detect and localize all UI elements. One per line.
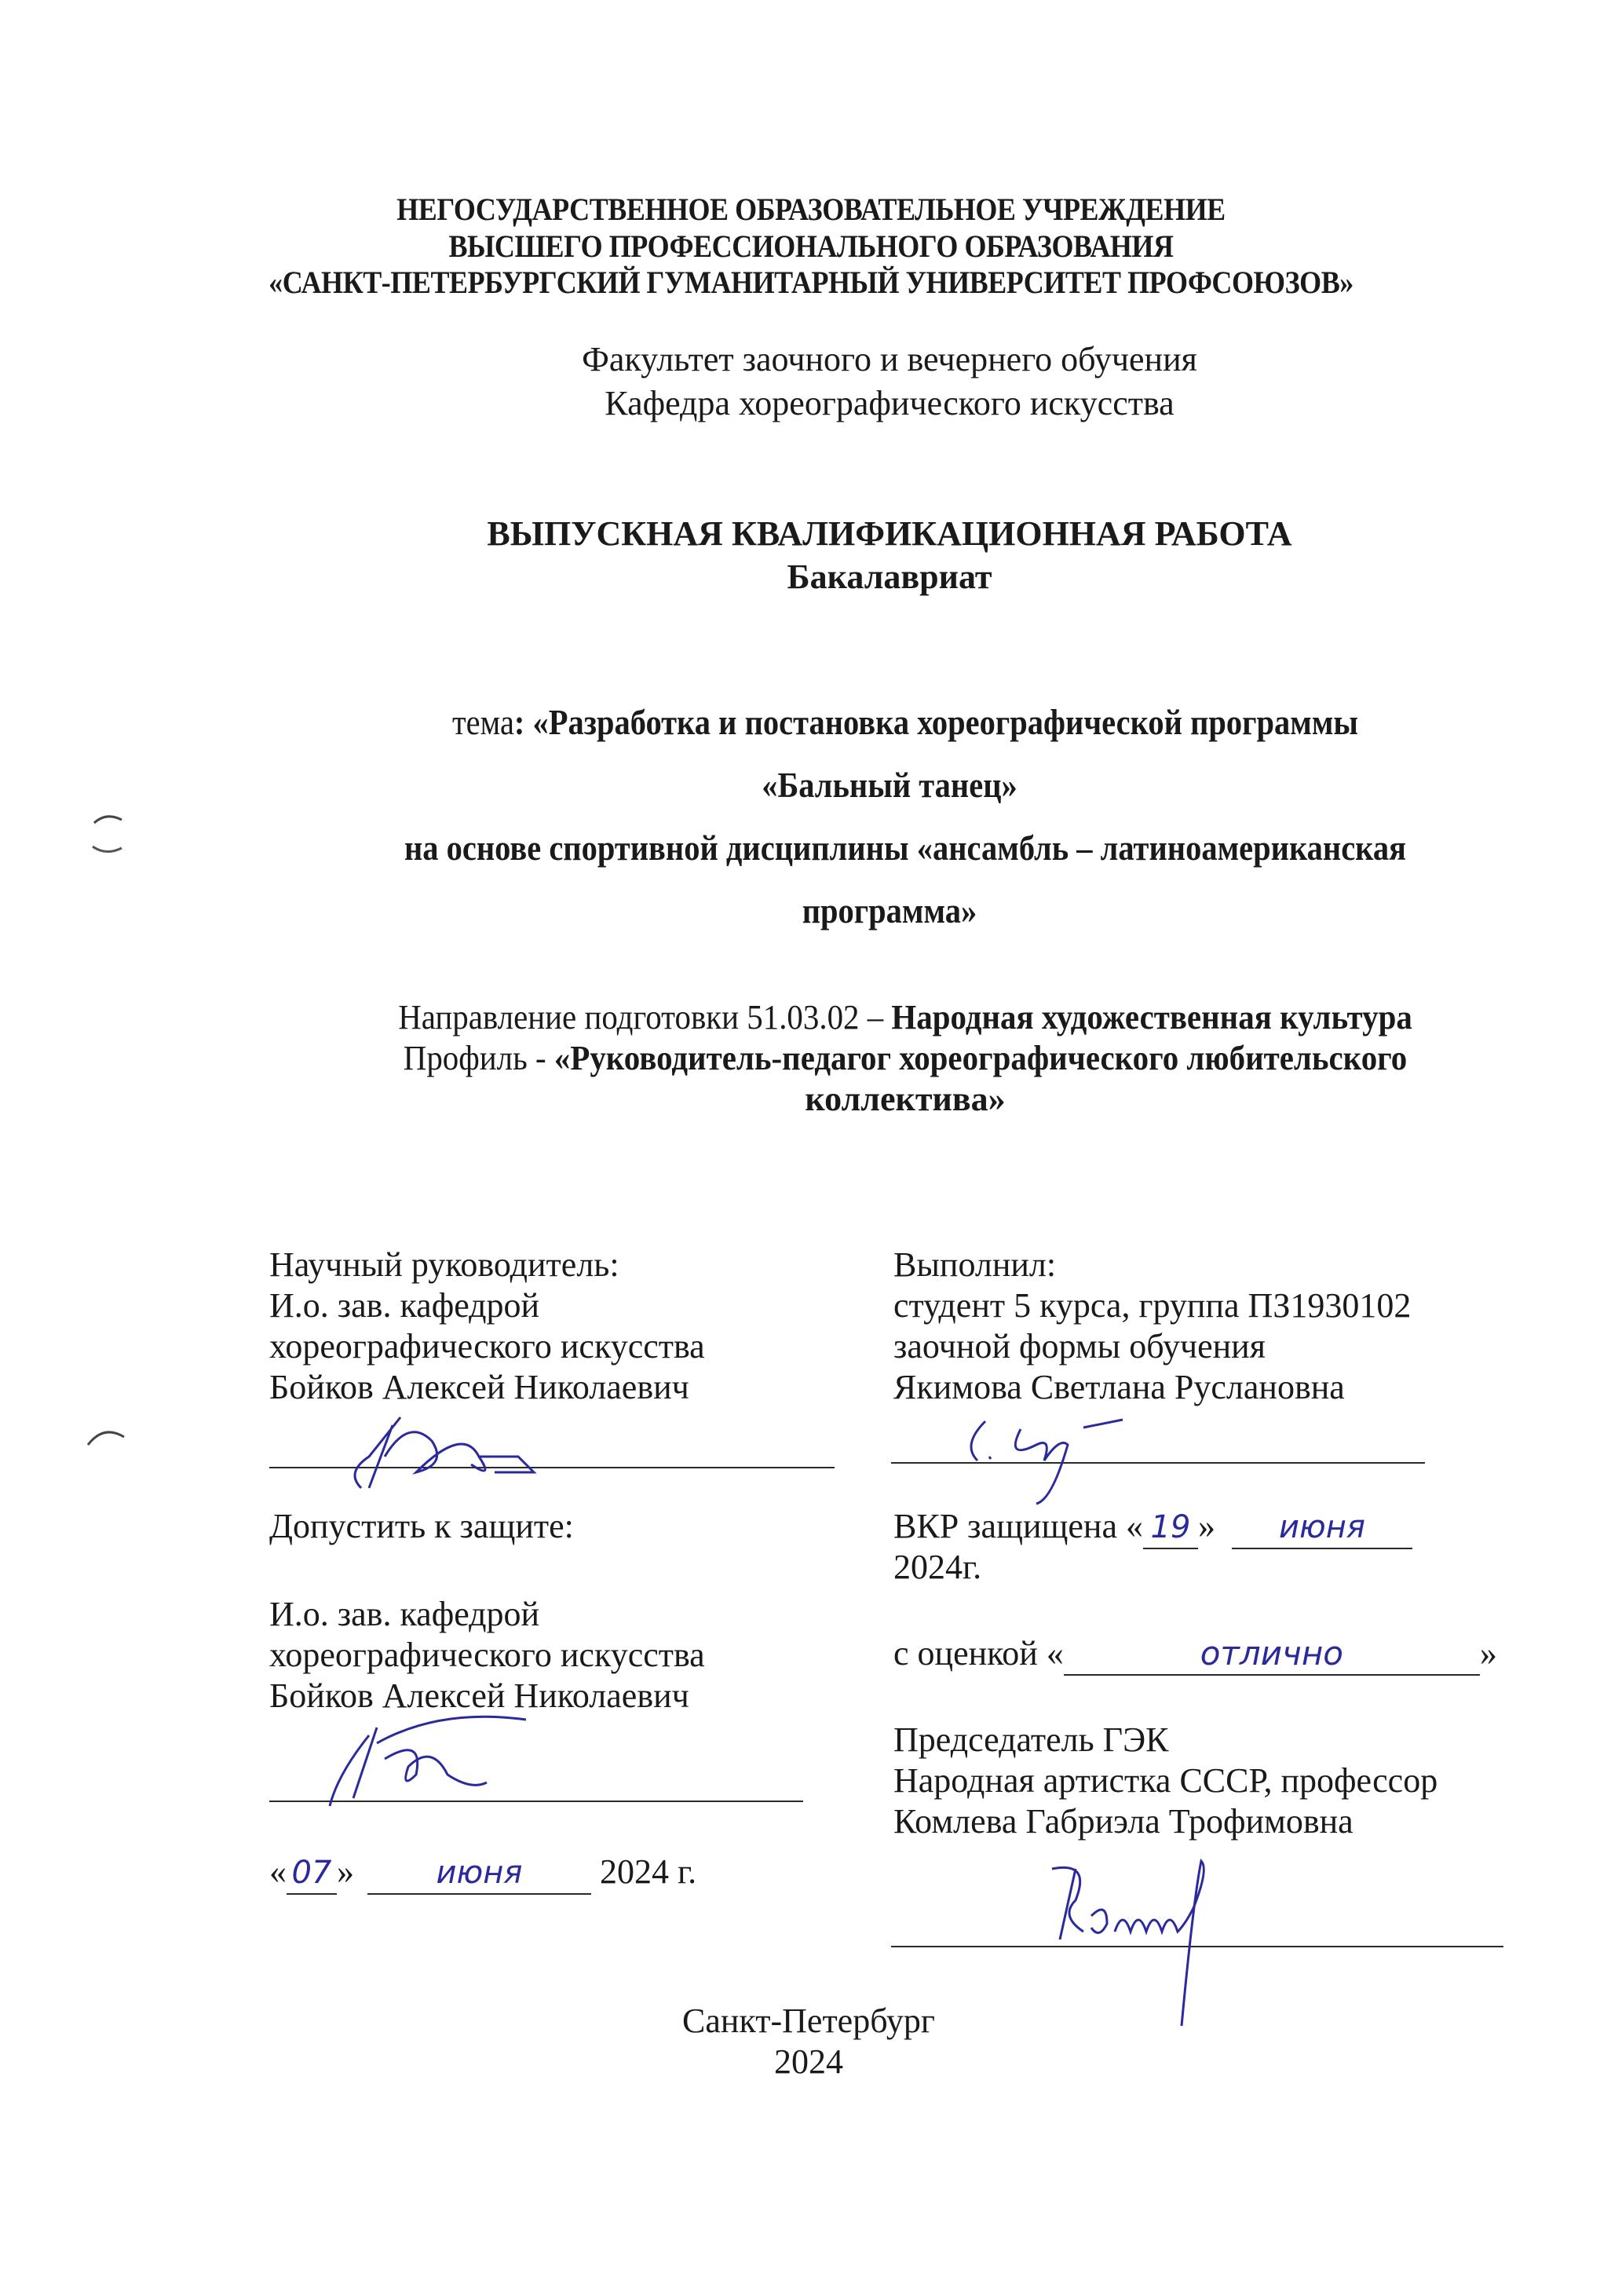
student-label: Выполнил:	[893, 1245, 1056, 1285]
admission-date-month: июня	[367, 1852, 591, 1895]
chair-title: Народная артистка СССР, профессор	[893, 1760, 1438, 1801]
grade-label-close: »	[1480, 1634, 1497, 1673]
faculty: Факультет заочного и вечернего обучения	[79, 339, 1622, 380]
direction-label: Направление подготовки 51.03.02 –	[398, 998, 891, 1036]
chair-label: Председатель ГЭК	[893, 1720, 1169, 1760]
work-type-title: ВЫПУСКНАЯ КВАЛИФИКАЦИОННАЯ РАБОТА	[79, 514, 1622, 554]
profile-value-1: «Руководитель-педагог хореографического …	[554, 1039, 1407, 1077]
student-signature-icon	[958, 1413, 1138, 1508]
profile-line-2: коллектива»	[94, 1079, 1622, 1120]
grade-value: отлично	[1064, 1633, 1480, 1676]
profile-value-2: коллектива»	[805, 1080, 1005, 1118]
admission-date-close: »	[337, 1852, 354, 1891]
topic-line-2: «Бальный танец»	[176, 762, 1603, 809]
defense-date-line: ВКР защищена «19» июня	[893, 1506, 1412, 1549]
admission-label: Допустить к защите:	[269, 1506, 574, 1547]
chair-signature-icon	[1044, 1853, 1264, 2034]
chair-name: Комлева Габриэла Трофимовна	[893, 1801, 1353, 1842]
admission-signature-icon	[314, 1712, 581, 1810]
org-line-2: ВЫСШЕГО ПРОФЕССИОНАЛЬНОГО ОБРАЗОВАНИЯ	[81, 229, 1540, 264]
supervisor-signature-icon	[338, 1409, 573, 1496]
supervisor-name: Бойков Алексей Николаевич	[269, 1367, 689, 1408]
admission-position-1: И.о. зав. кафедрой	[269, 1594, 539, 1635]
supervisor-position-2: хореографического искусства	[269, 1326, 705, 1367]
org-line-3: «САНКТ-ПЕТЕРБУРГСКИЙ ГУМАНИТАРНЫЙ УНИВЕР…	[81, 265, 1540, 300]
footer-city: Санкт-Петербург	[589, 2001, 1028, 2042]
defense-year: 2024г.	[893, 1547, 981, 1588]
direction-value: Народная художественная культура	[891, 998, 1412, 1036]
student-line-2: заочной формы обучения	[893, 1326, 1266, 1367]
defense-day: 19	[1143, 1507, 1198, 1549]
supervisor-position-1: И.о. зав. кафедрой	[269, 1285, 539, 1326]
admission-date: «07» июня 2024 г.	[269, 1852, 696, 1895]
student-line-1: студент 5 курса, группа ПЗ1930102	[893, 1285, 1411, 1326]
admission-name: Бойков Алексей Николаевич	[269, 1676, 689, 1717]
title-page: НЕГОСУДАРСТВЕННОЕ ОБРАЗОВАТЕЛЬНОЕ УЧРЕЖД…	[0, 0, 1622, 2296]
topic-line-3: на основе спортивной дисциплины «ансамбл…	[192, 824, 1619, 872]
grade-label-open: с оценкой «	[893, 1634, 1064, 1673]
defense-month: июня	[1232, 1507, 1412, 1549]
footer-year: 2024	[589, 2042, 1028, 2082]
defense-label-open: ВКР защищена «	[893, 1507, 1143, 1545]
profile: Профиль - «Руководитель-педагог хореогра…	[151, 1038, 1622, 1079]
defense-label-close: »	[1198, 1507, 1215, 1545]
supervisor-label: Научный руководитель:	[269, 1245, 619, 1285]
topic-line-1-text: : «Разработка и постановка хореографичес…	[514, 702, 1358, 742]
profile-label: Профиль -	[404, 1039, 554, 1077]
admission-date-open: «	[269, 1852, 287, 1891]
topic-line-4: программа»	[176, 887, 1603, 934]
admission-date-day: 07	[287, 1852, 337, 1895]
department: Кафедра хореографического искусства	[79, 383, 1622, 424]
topic-line-1: тема: «Разработка и постановка хореограф…	[192, 699, 1619, 746]
defense-grade-line: с оценкой «отлично»	[893, 1633, 1497, 1676]
direction: Направление подготовки 51.03.02 – Народн…	[151, 997, 1622, 1038]
student-name: Якимова Светлана Руслановна	[893, 1367, 1345, 1408]
org-line-1: НЕГОСУДАРСТВЕННОЕ ОБРАЗОВАТЕЛЬНОЕ УЧРЕЖД…	[81, 192, 1540, 227]
topic-prefix: тема	[452, 702, 514, 742]
work-level: Бакалавриат	[79, 558, 1622, 597]
admission-date-year: 2024 г.	[600, 1852, 696, 1891]
punch-hole-mark-icon	[79, 809, 133, 864]
admission-position-2: хореографического искусства	[269, 1635, 705, 1676]
punch-hole-mark-icon	[79, 1421, 133, 1453]
